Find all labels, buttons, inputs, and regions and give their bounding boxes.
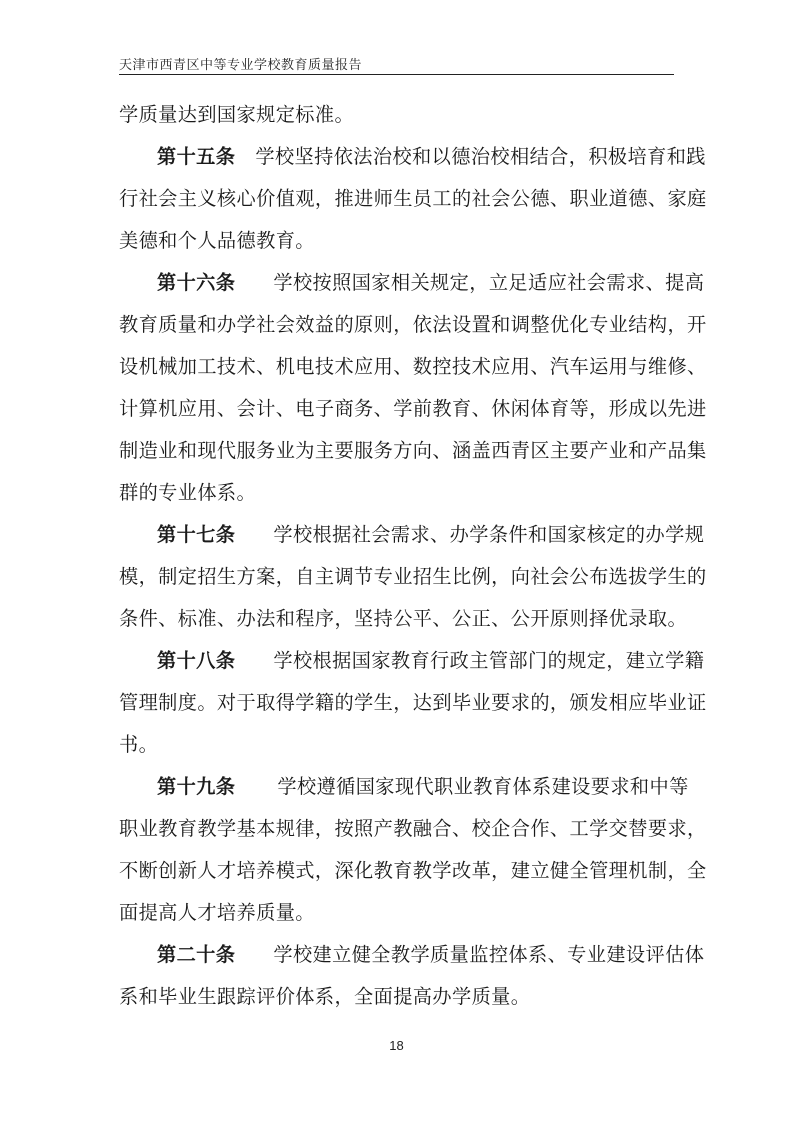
article-text: 学校建立健全教学质量监控体系、专业建设评估体 xyxy=(273,943,704,966)
article-label: 第十九条 xyxy=(157,775,235,798)
running-header: 天津市西青区中等专业学校教育质量报告 xyxy=(119,57,674,75)
document-body: 学质量达到国家规定标准。 第十五条学校坚持依法治校和以德治校相结合，积极培育和践… xyxy=(119,94,675,1018)
paragraph-line: 行社会主义核心价值观，推进师生员工的社会公德、职业道德、家庭 xyxy=(119,178,675,220)
article-17: 第十七条学校根据社会需求、办学条件和国家核定的办学规 模，制定招生方案，自主调节… xyxy=(119,514,675,640)
paragraph-line: 面提高人才培养质量。 xyxy=(119,892,675,934)
paragraph-line: 职业教育教学基本规律，按照产教融合、校企合作、工学交替要求， xyxy=(119,808,675,850)
paragraph-line: 群的专业体系。 xyxy=(119,472,675,514)
article-first-line: 第十五条学校坚持依法治校和以德治校相结合，积极培育和践 xyxy=(119,136,675,178)
paragraph-line: 系和毕业生跟踪评价体系，全面提高办学质量。 xyxy=(119,976,675,1018)
article-text: 学校坚持依法治校和以德治校相结合，积极培育和践 xyxy=(255,145,706,168)
article-label: 第十八条 xyxy=(157,649,235,672)
paragraph-line: 计算机应用、会计、电子商务、学前教育、休闲体育等，形成以先进 xyxy=(119,388,675,430)
article-label: 第二十条 xyxy=(157,943,235,966)
paragraph-line: 制造业和现代服务业为主要服务方向、涵盖西青区主要产业和产品集 xyxy=(119,430,675,472)
article-first-line: 第十八条学校根据国家教育行政主管部门的规定，建立学籍 xyxy=(119,640,675,682)
article-20: 第二十条学校建立健全教学质量监控体系、专业建设评估体 系和毕业生跟踪评价体系，全… xyxy=(119,934,675,1018)
article-18: 第十八条学校根据国家教育行政主管部门的规定，建立学籍 管理制度。对于取得学籍的学… xyxy=(119,640,675,766)
paragraph-line: 管理制度。对于取得学籍的学生，达到毕业要求的，颁发相应毕业证 xyxy=(119,682,675,724)
paragraph-line: 书。 xyxy=(119,724,675,766)
article-19: 第十九条学校遵循国家现代职业教育体系建设要求和中等 职业教育教学基本规律，按照产… xyxy=(119,766,675,934)
paragraph-line: 条件、标准、办法和程序，坚持公平、公正、公开原则择优录取。 xyxy=(119,598,675,640)
article-label: 第十六条 xyxy=(157,271,235,294)
page-number: 18 xyxy=(0,1038,793,1053)
article-first-line: 第十九条学校遵循国家现代职业教育体系建设要求和中等 xyxy=(119,766,675,808)
article-first-line: 第二十条学校建立健全教学质量监控体系、专业建设评估体 xyxy=(119,934,675,976)
paragraph-line: 学质量达到国家规定标准。 xyxy=(119,94,675,136)
article-16: 第十六条学校按照国家相关规定，立足适应社会需求、提高 教育质量和办学社会效益的原… xyxy=(119,262,675,514)
paragraph-line: 美德和个人品德教育。 xyxy=(119,220,675,262)
article-first-line: 第十六条学校按照国家相关规定，立足适应社会需求、提高 xyxy=(119,262,675,304)
article-text: 学校根据社会需求、办学条件和国家核定的办学规 xyxy=(273,523,704,546)
article-text: 学校遵循国家现代职业教育体系建设要求和中等 xyxy=(277,775,688,798)
paragraph-line: 设机械加工技术、机电技术应用、数控技术应用、汽车运用与维修、 xyxy=(119,346,675,388)
paragraph-line: 教育质量和办学社会效益的原则，依法设置和调整优化专业结构，开 xyxy=(119,304,675,346)
paragraph-line: 模，制定招生方案，自主调节专业招生比例，向社会公布选拔学生的 xyxy=(119,556,675,598)
paragraph-line: 不断创新人才培养模式，深化教育教学改革，建立健全管理机制，全 xyxy=(119,850,675,892)
article-15: 第十五条学校坚持依法治校和以德治校相结合，积极培育和践 行社会主义核心价值观，推… xyxy=(119,136,675,262)
header-divider xyxy=(119,74,674,75)
article-first-line: 第十七条学校根据社会需求、办学条件和国家核定的办学规 xyxy=(119,514,675,556)
article-label: 第十五条 xyxy=(157,145,235,168)
article-label: 第十七条 xyxy=(157,523,235,546)
article-text: 学校按照国家相关规定，立足适应社会需求、提高 xyxy=(273,271,704,294)
article-text: 学校根据国家教育行政主管部门的规定，建立学籍 xyxy=(273,649,704,672)
